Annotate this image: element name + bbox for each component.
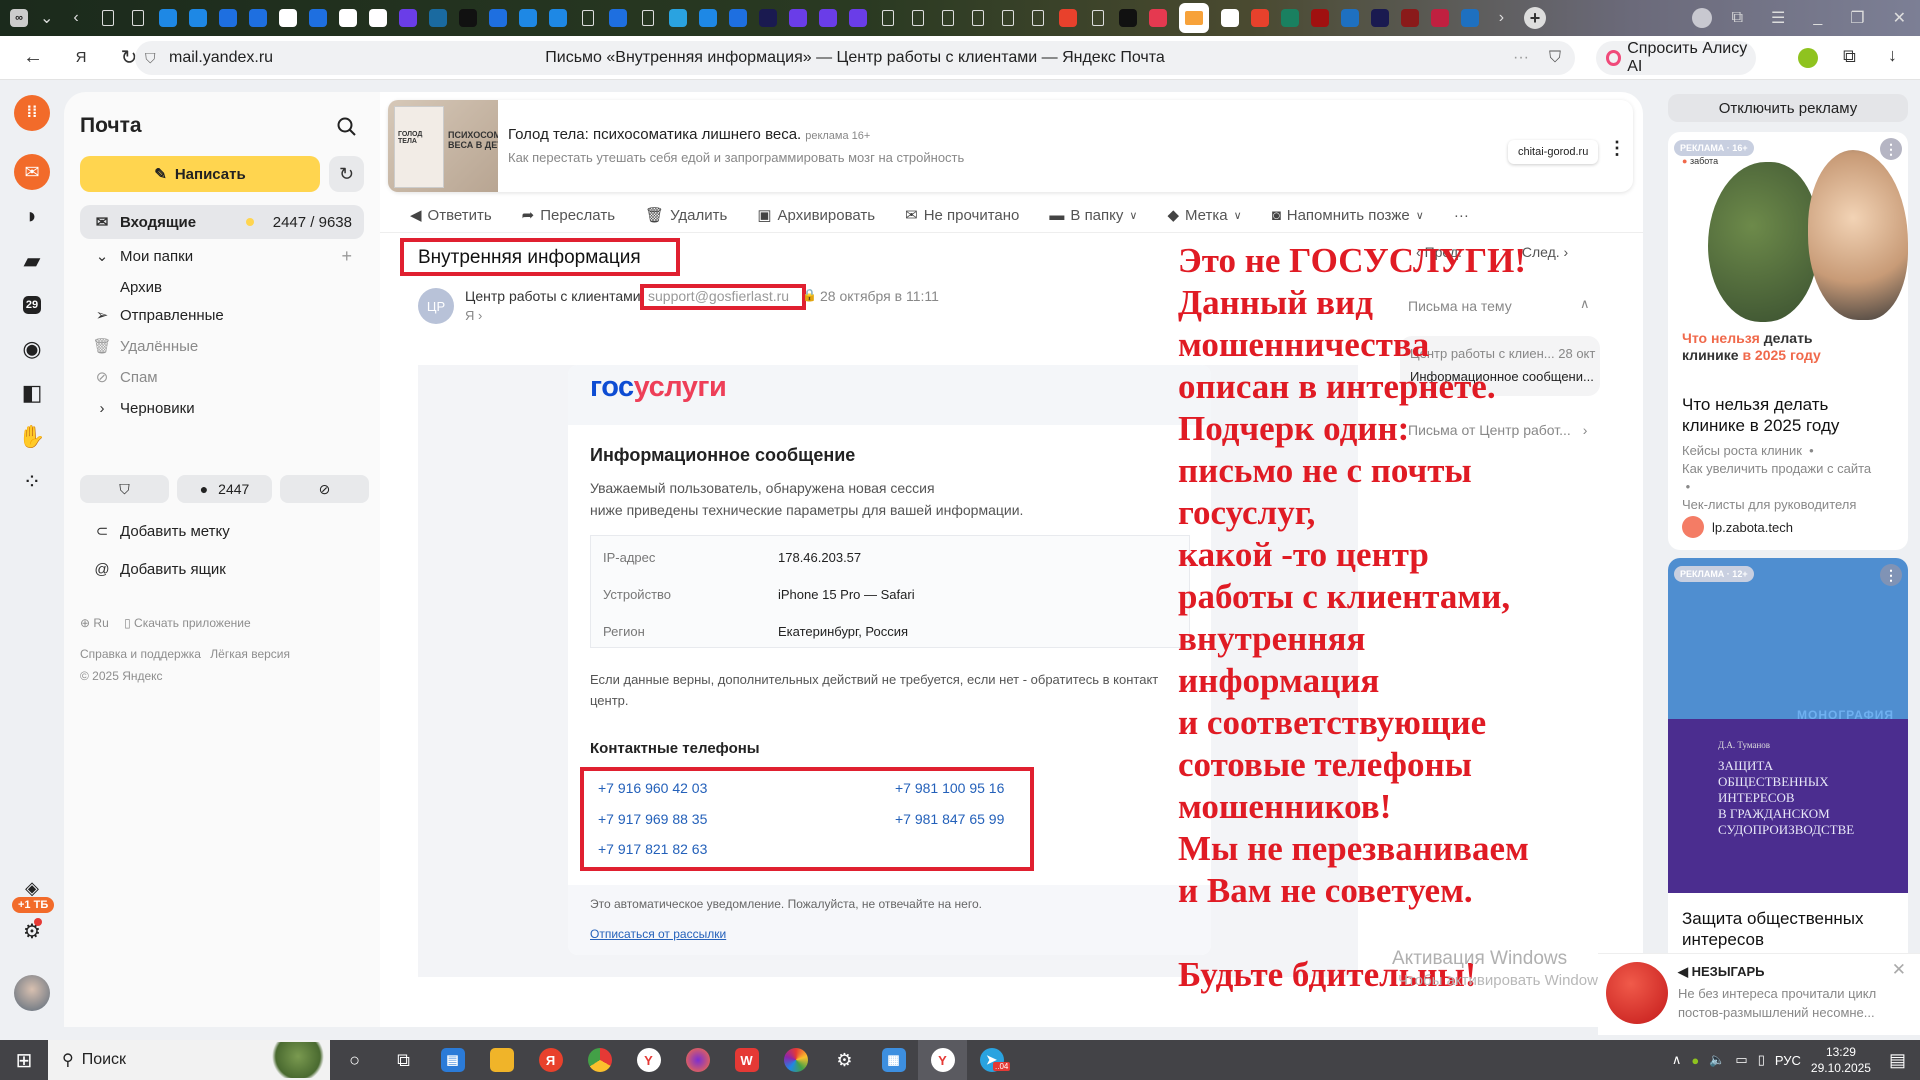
search-highlight-image: [268, 1042, 328, 1078]
footer-links-2: Справка и поддержка Лёгкая версия: [80, 647, 290, 661]
gosuslugi-logo: госуслуги: [590, 371, 726, 404]
menu-icon[interactable]: ☰: [1771, 8, 1785, 28]
download-app-link[interactable]: Скачать приложение: [134, 616, 251, 630]
yandex-logo-icon[interactable]: Я: [66, 49, 96, 66]
calendar-icon[interactable]: 29: [23, 296, 41, 314]
url-field[interactable]: ⛉ mail.yandex.ru Письмо «Внутренняя инфо…: [135, 41, 1575, 75]
yandex-icon[interactable]: Я: [526, 1040, 575, 1080]
ad-art-c: клинике: [1682, 347, 1742, 363]
control-panel-icon[interactable]: ▦: [869, 1040, 918, 1080]
lock-icon: 🔒: [802, 288, 817, 302]
tab-doc-icon[interactable]: [942, 10, 954, 26]
archive-label: Архивировать: [778, 207, 876, 224]
letter-heading: Информационное сообщение: [590, 445, 855, 466]
tab-doc-icon[interactable]: [102, 10, 114, 26]
chevron-down-icon[interactable]: ⌄: [92, 247, 112, 265]
letters-from-sender-link[interactable]: Письма от Центр работ... ›: [1408, 422, 1587, 438]
action-center-icon[interactable]: ▤: [1889, 1050, 1906, 1071]
user-avatar[interactable]: [14, 975, 50, 1011]
ad-items: Кейсы роста клиник • Как увеличить прода…: [1682, 442, 1871, 514]
ad-menu-icon[interactable]: ⋮: [1608, 138, 1626, 159]
forward-label: Переслать: [540, 207, 615, 224]
row-value: iPhone 15 Pro — Safari: [778, 587, 915, 602]
ad-card-book[interactable]: МОНОГРАФИЯ Д.А. Туманов ЗАЩИТА ОБЩЕСТВЕН…: [1668, 558, 1908, 978]
tab-telegram-icon[interactable]: [669, 9, 687, 27]
show-hidden-icons[interactable]: ∧: [1672, 1052, 1682, 1068]
folder-label: Мои папки: [120, 248, 193, 265]
ad-menu-icon[interactable]: ⋮: [1880, 138, 1902, 160]
refresh-button[interactable]: ↻: [329, 156, 364, 192]
close-window-button[interactable]: ✕: [1893, 8, 1906, 28]
session-details-table: IP-адрес178.46.203.57 УстройствоiPhone 1…: [590, 535, 1190, 648]
footer-links: ⊕ Ru ▯ Скачать приложение: [80, 616, 251, 630]
prev-message-button[interactable]: ‹ Пред.: [1416, 244, 1462, 260]
cortana-icon[interactable]: ○: [330, 1040, 379, 1080]
more-icon[interactable]: ···: [1513, 49, 1529, 67]
notification-title-text: НЕЗЫГАРЬ: [1692, 964, 1765, 979]
book-cover-image: МОНОГРАФИЯ Д.А. Туманов ЗАЩИТА ОБЩЕСТВЕН…: [1668, 558, 1908, 893]
chevron-down-icon: ∨: [1416, 209, 1424, 222]
folder-label: Черновики: [120, 400, 195, 417]
reply-label: Ответить: [428, 207, 492, 224]
thread-item-subject: Информационное сообщени...: [1410, 369, 1594, 384]
help-link[interactable]: Справка и поддержка: [80, 647, 201, 661]
intro-line-1: Уважаемый пользователь, обнаружена новая…: [590, 477, 1023, 499]
page-title: Письмо «Внутренняя информация» — Центр р…: [135, 49, 1575, 67]
book-mono: МОНОГРАФИЯ: [1797, 708, 1894, 722]
folder-drafts[interactable]: › Черновики: [80, 391, 364, 425]
thread-title: Письма на тему: [1408, 298, 1512, 314]
prev-label: Пред.: [1425, 244, 1462, 260]
yandex-browser-icon[interactable]: Y: [624, 1040, 673, 1080]
ad-brand-text: забота: [1690, 156, 1718, 166]
at-icon: @: [92, 561, 112, 578]
folder-label: Отправленные: [120, 307, 224, 324]
ad-title: Что нельзя делать клинике в 2025 году: [1682, 394, 1892, 436]
message-subject: Внутренняя информация: [418, 247, 641, 269]
tab-globe-icon[interactable]: [1341, 9, 1359, 27]
letters-from-sender-label: Письма от Центр работ...: [1408, 422, 1571, 438]
ad-brand: ● забота: [1682, 156, 1718, 166]
folder-sent[interactable]: ➢ Отправленные: [80, 298, 364, 332]
top-ad-banner[interactable]: ГОЛОД ТЕЛА ПСИХОСОМ ВЕСА В ДЕТ Голод тел…: [388, 100, 1633, 192]
ad-badge: РЕКЛАМА · 16+: [1674, 140, 1754, 156]
forward-icon: ➦: [522, 206, 535, 224]
folder-trash[interactable]: 🗑 Удалённые: [80, 329, 364, 363]
unread-filter[interactable]: ●2447: [177, 475, 272, 503]
documents-icon[interactable]: ▰: [14, 243, 50, 279]
tab-gosuslugi-icon[interactable]: [219, 9, 237, 27]
toolbar-divider: [380, 232, 1643, 233]
chevron-down-icon: ∨: [1234, 209, 1242, 222]
book-title: ЗАЩИТА ОБЩЕСТВЕННЫХ ИНТЕРЕСОВ В ГРАЖДАНС…: [1718, 758, 1854, 838]
profile-icon[interactable]: [1692, 8, 1712, 28]
zabota-logo-icon: [1682, 516, 1704, 538]
tab-yo-icon[interactable]: [399, 9, 417, 27]
telegram-icon[interactable]: ➤..04: [967, 1040, 1016, 1080]
attachments-filter[interactable]: ⊘: [280, 475, 369, 503]
chevron-up-icon[interactable]: ∧: [1580, 296, 1590, 312]
notification-body: Не без интереса прочитали цикл постов-ра…: [1678, 984, 1876, 1022]
intro-line-2: ниже приведены технические параметры для…: [590, 499, 1023, 521]
unread-count: 2447: [218, 481, 249, 497]
message-date: 28 октября в 11:11: [820, 288, 939, 304]
ad-tag: реклама 16+: [805, 130, 870, 142]
envelope-icon: ✉: [92, 213, 112, 231]
restore-button[interactable]: ❐: [1850, 8, 1864, 28]
ad-book-image: ГОЛОД ТЕЛА ПСИХОСОМ ВЕСА В ДЕТ: [388, 100, 498, 192]
sender-email[interactable]: support@gosfierlast.ru: [648, 288, 789, 304]
tab-doc-icon[interactable]: [972, 10, 984, 26]
tab-sape-icon[interactable]: [429, 9, 447, 27]
book-cover-text: ГОЛОД ТЕЛА: [398, 131, 443, 145]
tab-yo-icon[interactable]: [849, 9, 867, 27]
add-label-text: Добавить метку: [120, 523, 230, 540]
bookmark-icon: ⛉: [119, 481, 130, 498]
tab-clock-icon[interactable]: [279, 9, 297, 27]
close-notification-icon[interactable]: ✕: [1892, 960, 1906, 980]
taskbar-search-label: Поиск: [82, 1051, 126, 1069]
tab-vk-icon[interactable]: [309, 9, 327, 27]
tab-doc-icon[interactable]: [1002, 10, 1014, 26]
letter-header: госуслуги: [568, 365, 1211, 425]
tab-doc-icon[interactable]: [132, 10, 144, 26]
bookmarks-icon[interactable]: ⧉: [1732, 9, 1743, 27]
tab-mail-icon[interactable]: [519, 9, 537, 27]
ad-menu-icon[interactable]: ⋮: [1880, 564, 1902, 586]
label-label: Метка: [1185, 207, 1228, 224]
ad-art-a: Что нельзя: [1682, 330, 1760, 346]
search-icon: ⚲: [62, 1050, 74, 1070]
tab-s-icon[interactable]: [369, 9, 387, 27]
clock-time: 13:29: [1811, 1044, 1871, 1060]
thread-item-date: 28 окт: [1558, 346, 1595, 361]
thread-item-from: Центр работы с клиен...: [1410, 346, 1555, 361]
folder-label: В папку: [1070, 207, 1123, 224]
recipient-label: Я: [465, 308, 474, 323]
ad-subtitle: Как перестать утешать себя едой и запрог…: [508, 150, 964, 165]
messenger-icon[interactable]: ◉: [14, 331, 50, 367]
compose-label: Написать: [175, 166, 246, 183]
folder-spam[interactable]: ⊘ Спам: [80, 360, 364, 394]
all-services-icon[interactable]: ⁘: [14, 464, 50, 500]
yandex-360-logo-icon[interactable]: ⁞⁞: [14, 95, 50, 131]
ad-title[interactable]: Голод тела: психосоматика лишнего веса.р…: [508, 126, 870, 143]
settings-icon[interactable]: ⚙: [14, 913, 50, 949]
battery-icon[interactable]: ▯: [1758, 1052, 1765, 1068]
windows-taskbar: ⊞ ⚲ Поиск ○ ⧉ ▤ Я Y W ⚙ ▦ Y ➤..04 ∧ ● 🔈 …: [0, 1040, 1920, 1080]
remind-later-button[interactable]: ◙Напомнить позже∨: [1272, 207, 1424, 224]
right-ads-column: Отключить рекламу РЕКЛАМА · 16+ ● забота…: [1658, 92, 1920, 1040]
tab-camera-icon[interactable]: [1149, 9, 1167, 27]
search-icon[interactable]: [336, 116, 358, 138]
tab-graph-icon[interactable]: [1431, 9, 1449, 27]
pencil-icon: ✎: [154, 165, 167, 183]
phone-icon: ▯: [124, 616, 131, 630]
bookmarked-filter[interactable]: ⛉: [80, 475, 169, 503]
notification-title: ◀ НЕЗЫГАРЬ: [1678, 964, 1765, 980]
browser-tab-bar: ∞ ⌄ ‹ › + ⧉ ☰ _ ❐ ✕: [0, 0, 1920, 36]
sender-name[interactable]: Центр работы с клиентами: [465, 288, 641, 304]
unsubscribe-link[interactable]: Отписаться от рассылки: [590, 927, 726, 941]
tab-s-icon[interactable]: [339, 9, 357, 27]
mail-icon[interactable]: ✉: [14, 154, 50, 190]
mark-unread-button[interactable]: ✉Не прочитано: [905, 206, 1019, 224]
mail-sidebar: Почта ✎ Написать ↻ ✉ Входящие 2447 / 963…: [64, 92, 380, 1027]
auto-notice: Это автоматическое уведомление. Пожалуйс…: [590, 897, 982, 911]
downloads-panel-icon[interactable]: ⧉: [1843, 46, 1856, 67]
extension-icon[interactable]: [1798, 48, 1818, 68]
scroll-tabs-left-icon[interactable]: ‹: [73, 9, 78, 27]
new-tab-button[interactable]: +: [1524, 7, 1546, 29]
thread-item-meta: Центр работы с клиен... 28 окт: [1410, 346, 1595, 361]
recipient[interactable]: Я ›: [465, 308, 482, 323]
folder-label: Входящие: [120, 214, 196, 231]
paperclip-icon: ⊘: [319, 481, 331, 498]
next-message-button[interactable]: След. ›: [1522, 244, 1568, 260]
ad-image-woman: [1808, 150, 1908, 320]
app-title: Почта: [80, 114, 142, 138]
phone-link[interactable]: +7 916 960 42 03: [598, 780, 707, 796]
inbox-count: 2447 / 9638: [273, 214, 352, 231]
tab-yo-icon[interactable]: [819, 9, 837, 27]
firefox-icon[interactable]: [673, 1040, 722, 1080]
language-indicator[interactable]: РУС: [1775, 1053, 1801, 1068]
tab-chat-icon[interactable]: [699, 9, 717, 27]
message-toolbar: ◀Ответить ➦Переслать 🗑Удалить ▣Архивиров…: [410, 199, 1499, 231]
chevron-down-icon[interactable]: ⌄: [40, 8, 53, 28]
tab-doc-icon[interactable]: [642, 10, 654, 26]
unread-dot: [246, 218, 254, 226]
ad-domain-text: lp.zabota.tech: [1712, 520, 1793, 535]
tab-doc-icon[interactable]: [1032, 10, 1044, 26]
trash-icon: 🗑: [645, 206, 664, 224]
store-icon[interactable]: ▤: [428, 1040, 477, 1080]
chrome-icon[interactable]: [575, 1040, 624, 1080]
services-rail: ⁞⁞ ✉ ◗ ▰ 29 ◉ ◧ ✋ ⁘ ◈ +1 ТБ ⚙: [0, 81, 63, 1040]
tab-vk-icon[interactable]: [249, 9, 267, 27]
folder-inbox[interactable]: ✉ Входящие 2447 / 9638: [80, 205, 364, 239]
yandex-browser-active-icon[interactable]: Y: [918, 1040, 967, 1080]
add-mailbox-link[interactable]: @ Добавить ящик: [80, 552, 364, 586]
move-to-folder-button[interactable]: ▬В папку∨: [1049, 207, 1137, 224]
thread-item[interactable]: Центр работы с клиен... 28 окт Информаци…: [1400, 336, 1600, 396]
chevron-down-icon: ∨: [1129, 209, 1137, 222]
minimize-button[interactable]: _: [1813, 9, 1822, 27]
message-view: ГОЛОД ТЕЛА ПСИХОСОМ ВЕСА В ДЕТ Голод тел…: [380, 92, 1643, 1027]
colorful-app-icon[interactable]: [771, 1040, 820, 1080]
letter-intro: Уважаемый пользователь, обнаружена новая…: [590, 477, 1023, 521]
taskbar-search[interactable]: ⚲ Поиск: [48, 1040, 330, 1080]
ask-alice-button[interactable]: Спросить Алису AI: [1596, 41, 1756, 75]
forward-button[interactable]: ➦Переслать: [522, 206, 615, 224]
book-cover-text-2: ПСИХОСОМ ВЕСА В ДЕТ: [448, 130, 498, 150]
sender-avatar[interactable]: ЦР: [418, 288, 454, 324]
add-label-link[interactable]: ⊂ Добавить метку: [80, 514, 364, 548]
add-folder-icon[interactable]: +: [341, 246, 352, 267]
tab-menu-icon[interactable]: ∞: [10, 9, 28, 27]
ad-site-button[interactable]: chitai-gorod.ru: [1508, 140, 1598, 164]
trash-icon: 🗑: [92, 337, 112, 355]
chevron-right-icon[interactable]: ›: [92, 400, 112, 417]
scroll-tabs-right-icon[interactable]: ›: [1499, 9, 1504, 27]
phone-link[interactable]: +7 917 969 88 35: [598, 811, 707, 827]
label-button[interactable]: ◆Метка∨: [1167, 206, 1241, 224]
tab-doc-icon[interactable]: [1092, 10, 1104, 26]
row-key: IP-адрес: [603, 550, 763, 565]
tab-doc-icon[interactable]: [912, 10, 924, 26]
folder-label: Архив: [120, 279, 162, 296]
letter-note: Если данные верны, дополнительных действ…: [590, 669, 1190, 711]
alice-icon: [1606, 50, 1621, 66]
logo-part-1: гос: [590, 371, 634, 403]
tab-globe-icon[interactable]: [1461, 9, 1479, 27]
thread-nav: ‹ Пред. След. ›: [1416, 244, 1568, 260]
windows-activation-watermark: Активация Windows: [1392, 948, 1567, 970]
envelope-icon: ✉: [905, 206, 918, 224]
clock[interactable]: 13:2929.10.2025: [1811, 1044, 1871, 1076]
back-icon[interactable]: ←: [18, 46, 48, 69]
wps-icon[interactable]: W: [722, 1040, 771, 1080]
tab-yandex-icon[interactable]: [1251, 9, 1269, 27]
disk-icon[interactable]: ◗: [14, 198, 50, 234]
tab-yandex-icon[interactable]: [1059, 9, 1077, 27]
tab-ig-icon[interactable]: [459, 9, 477, 27]
ad-badge: РЕКЛАМА · 12+: [1674, 566, 1754, 582]
download-icon[interactable]: ↓: [1888, 45, 1897, 66]
settings-icon[interactable]: ⚙: [820, 1040, 869, 1080]
tab-gosuslugi-icon[interactable]: [609, 9, 627, 27]
tab-mail-icon[interactable]: [189, 9, 207, 27]
tab-jp-icon[interactable]: [1311, 9, 1329, 27]
tab-mail-icon[interactable]: [159, 9, 177, 27]
tab-vk-icon[interactable]: [729, 9, 747, 27]
folder-icon: ▬: [1049, 207, 1064, 224]
compose-button[interactable]: ✎ Написать: [80, 156, 320, 192]
bookmark-icon[interactable]: ⛉: [1549, 49, 1561, 67]
tab-phone-icon[interactable]: [1281, 9, 1299, 27]
row-key: Устройство: [603, 587, 763, 602]
file-explorer-icon[interactable]: [477, 1040, 526, 1080]
notes-icon[interactable]: ✋: [14, 419, 50, 455]
network-icon[interactable]: ▭: [1735, 1052, 1747, 1068]
logo-part-2: услуги: [634, 371, 727, 403]
phone-link[interactable]: +7 981 847 65 99: [895, 811, 1004, 827]
ad-card-zabota[interactable]: РЕКЛАМА · 16+ ● забота ⋮ Что нельзя дела…: [1668, 132, 1908, 550]
delete-button[interactable]: 🗑Удалить: [645, 206, 727, 224]
storage-badge[interactable]: +1 ТБ: [12, 897, 54, 913]
folder-label: Удалённые: [120, 338, 198, 355]
tab-vk-icon[interactable]: [489, 9, 507, 27]
clock-date: 29.10.2025: [1811, 1060, 1871, 1076]
tab-doc-icon[interactable]: [582, 10, 594, 26]
reply-button[interactable]: ◀Ответить: [410, 206, 492, 224]
row-value: Екатеринбург, Россия: [778, 624, 908, 639]
tab-yandex-mail-active-icon[interactable]: [1179, 3, 1209, 33]
unread-label: Не прочитано: [924, 207, 1020, 224]
lite-version-link[interactable]: Лёгкая версия: [210, 647, 290, 661]
telegram-badge: ..04: [993, 1062, 1010, 1071]
globe-icon: ⊕: [80, 616, 90, 630]
remind-label: Напомнить позже: [1287, 207, 1410, 224]
copyright: © 2025 Яндекс: [80, 669, 163, 683]
row-value: 178.46.203.57: [778, 550, 861, 565]
tab-emblem-icon[interactable]: [1371, 9, 1389, 27]
tab-emblem-icon[interactable]: [759, 9, 777, 27]
tag-icon: ◆: [1167, 206, 1179, 224]
ad-title-text: Голод тела: психосоматика лишнего веса.: [508, 126, 801, 143]
delete-label: Удалить: [670, 207, 727, 224]
ad-art-b: делать: [1760, 330, 1813, 346]
letter-body: госуслуги Информационное сообщение Уважа…: [568, 365, 1211, 955]
spam-icon: ⊘: [92, 368, 112, 386]
telemost-icon[interactable]: ◧: [14, 375, 50, 411]
system-tray: ∧ ● 🔈 ▭ ▯ РУС 13:2929.10.2025 ▤: [1672, 1040, 1920, 1080]
archive-button[interactable]: ▣Архивировать: [757, 206, 875, 224]
archive-icon: ▣: [757, 206, 771, 224]
volume-icon[interactable]: 🔈: [1709, 1052, 1725, 1068]
folder-label: Спам: [120, 369, 158, 386]
task-view-icon[interactable]: ⧉: [379, 1040, 428, 1080]
language-link[interactable]: Ru: [93, 616, 108, 630]
ad-art-text: Что нельзя делатьклинике в 2025 году: [1682, 330, 1821, 364]
ask-alice-label: Спросить Алису AI: [1627, 40, 1756, 76]
reminder-icon: ◙: [1272, 207, 1281, 224]
folder-my-folders[interactable]: ⌄ Мои папки +: [80, 239, 364, 273]
notification-avatar: [1606, 962, 1668, 1024]
ad-art-d: в 2025 году: [1742, 347, 1820, 363]
address-bar: ← Я ↻ ⛉ mail.yandex.ru Письмо «Внутрення…: [0, 36, 1920, 80]
filter-chips: ⛉ ●2447 ⊘: [80, 475, 369, 503]
phone-link[interactable]: +7 981 100 95 16: [895, 780, 1004, 796]
book-author: Д.А. Туманов: [1718, 740, 1770, 750]
send-icon: ➢: [92, 306, 112, 324]
letter-footer: Это автоматическое уведомление. Пожалуйс…: [568, 885, 1211, 955]
row-key: Регион: [603, 624, 763, 639]
ad-image-plant: [1708, 162, 1818, 322]
reply-icon: ◀: [410, 206, 422, 224]
more-actions-button[interactable]: ···: [1454, 207, 1469, 224]
phone-link[interactable]: +7 917 821 82 63: [598, 841, 707, 857]
ad-domain[interactable]: lp.zabota.tech: [1682, 516, 1793, 538]
next-label: След.: [1522, 244, 1560, 260]
disable-ads-button[interactable]: Отключить рекламу: [1668, 94, 1908, 122]
add-mailbox-text: Добавить ящик: [120, 561, 226, 578]
tab-s-icon[interactable]: [1221, 9, 1239, 27]
phones-heading: Контактные телефоны: [590, 740, 760, 757]
dot-icon: ●: [200, 481, 208, 497]
notification-toast[interactable]: ◀ НЕЗЫГАРЬ Не без интереса прочитали цик…: [1598, 953, 1920, 1035]
more-icon: ···: [1454, 207, 1469, 224]
label-icon: ⊂: [92, 522, 112, 540]
tab-ig-icon[interactable]: [1119, 9, 1137, 27]
tab-code-icon[interactable]: [1401, 9, 1419, 27]
tab-yo-icon[interactable]: [789, 9, 807, 27]
tray-app-icon[interactable]: ●: [1691, 1053, 1699, 1068]
ad-title: Защита общественных интересов: [1682, 908, 1902, 950]
tab-doc-icon[interactable]: [882, 10, 894, 26]
start-button[interactable]: ⊞: [0, 1040, 48, 1080]
tab-chat-icon[interactable]: [549, 9, 567, 27]
